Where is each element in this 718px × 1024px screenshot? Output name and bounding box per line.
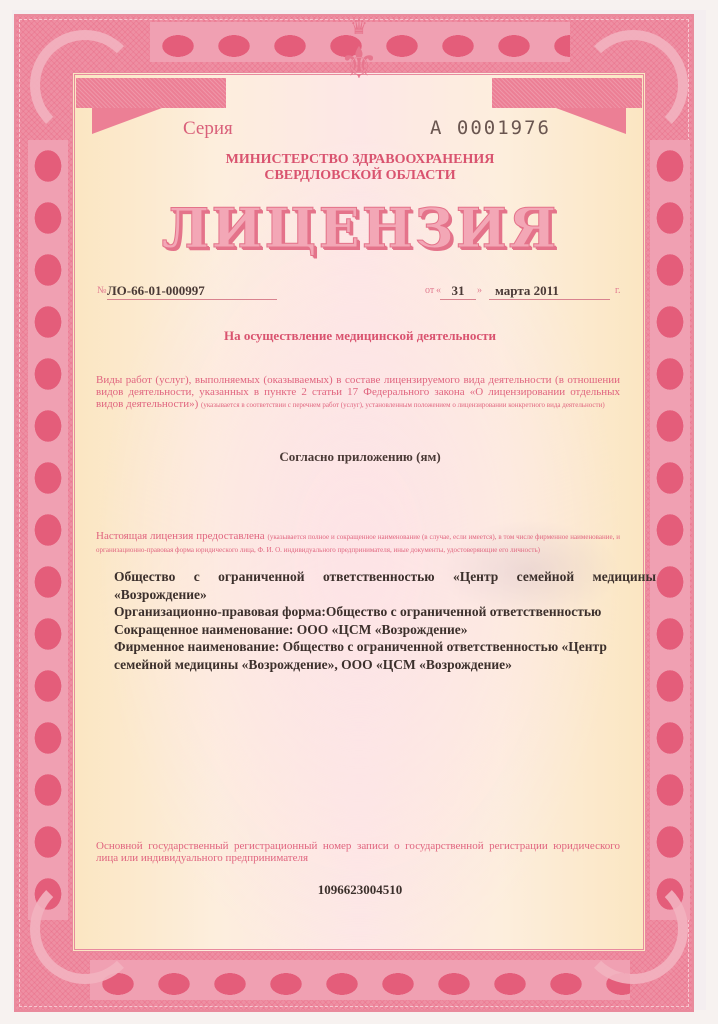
border-wave-right: [650, 140, 690, 920]
works-label: Виды работ (услуг), выполняемых (оказыва…: [96, 374, 620, 411]
ribbon-banner-left: [76, 78, 226, 108]
license-number-row: № ЛО-66-01-000997 от « 31 » марта 2011 г…: [97, 283, 622, 303]
issue-month-year: марта 2011: [489, 283, 610, 300]
series-number: А 0001976: [430, 117, 551, 139]
license-purpose: На осуществление медицинской деятельност…: [100, 328, 620, 344]
double-headed-eagle-icon: ⚜: [330, 38, 388, 90]
ogrn-label: Основной государственный регистрационный…: [96, 840, 620, 864]
holder-line: семейной медицины «Возрождение», ООО «ЦС…: [114, 656, 656, 674]
holder-line: Общество с ограниченной ответственностью…: [114, 568, 656, 586]
holder-line: Фирменное наименование: Общество с огран…: [114, 638, 656, 656]
holder-line: Организационно-правовая форма:Общество с…: [114, 603, 656, 621]
holder-line: Сокращенное наименование: ООО «ЦСМ «Возр…: [114, 621, 656, 639]
license-number: ЛО-66-01-000997: [107, 283, 277, 300]
series-label: Серия: [183, 118, 233, 140]
number-prefix: №: [97, 285, 107, 296]
crown-icon: ♛: [330, 18, 388, 38]
document-title: ЛИЦЕНЗИЯ: [150, 196, 570, 260]
ribbon-tail-left: [92, 108, 162, 134]
works-label-note: (указывается в соответствии с перечнем р…: [201, 401, 605, 409]
issue-day: 31: [440, 283, 476, 300]
coat-of-arms-icon: ♛ ⚜: [330, 18, 388, 98]
license-holder-details: Общество с ограниченной ответственностью…: [114, 568, 656, 673]
works-value: Согласно приложению (ям): [100, 449, 620, 465]
date-prefix: от: [425, 285, 434, 296]
issuer-line-2: СВЕРДЛОВСКОЙ ОБЛАСТИ: [150, 168, 570, 184]
border-wave-left: [28, 140, 68, 920]
ribbon-tail-right: [556, 108, 626, 134]
ribbon-banner-right: [492, 78, 642, 108]
issuer-line-1: МИНИСТЕРСТВО ЗДРАВООХРАНЕНИЯ: [150, 152, 570, 168]
date-close-quote: »: [477, 285, 482, 296]
issuing-authority: МИНИСТЕРСТВО ЗДРАВООХРАНЕНИЯ СВЕРДЛОВСКО…: [150, 152, 570, 184]
holder-label: Настоящая лицензия предоставлена (указыв…: [96, 530, 620, 556]
ogrn-value: 1096623004510: [100, 882, 620, 898]
holder-label-main: Настоящая лицензия предоставлена: [96, 530, 265, 542]
border-wave-bottom: [90, 960, 630, 1000]
holder-line: «Возрождение»: [114, 586, 656, 604]
date-suffix: г.: [615, 285, 620, 296]
